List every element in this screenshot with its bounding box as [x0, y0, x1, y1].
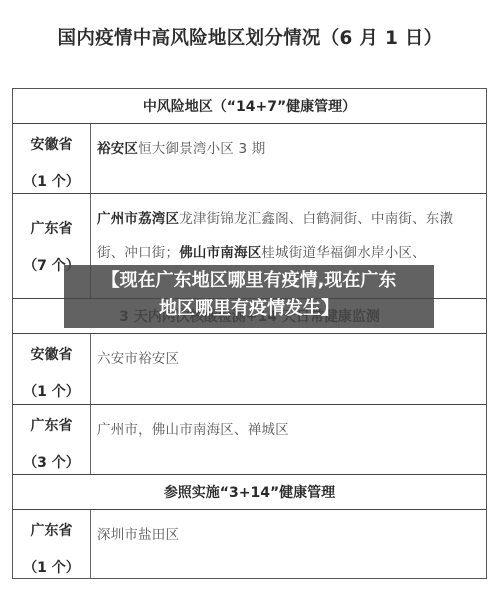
caption-overlay: 【现在广东地区哪里有疫情,现在广东 地区哪里有疫情发生】 [64, 267, 434, 323]
areas-cell: 六安市裕安区 [97, 342, 480, 376]
areas-cell: 广州市荔湾区龙津街锦龙汇鑫阁、白鹤洞街、中南街、东漖街、冲口街；佛山市南海区桂城… [97, 202, 480, 270]
risk-area-table: 中风险地区（“14+7”健康管理） 安徽省 （1 个） 裕安区恒大御景湾小区 3… [12, 88, 487, 579]
section-header-3-14: 参照实施“3+14”健康管理 [13, 475, 486, 510]
province-name: 广东省 [13, 218, 90, 238]
province-name: 安徽省 [13, 344, 90, 364]
areas-cell: 广州市，佛山市南海区、禅城区 [97, 413, 480, 447]
areas-cell: 深圳市盐田区 [97, 518, 480, 552]
province-count: （3 个） [13, 452, 90, 472]
table-row: 安徽省 （1 个） 六安市裕安区 [13, 334, 486, 405]
table-row: 安徽省 （1 个） 裕安区恒大御景湾小区 3 期 [13, 124, 486, 194]
caption-line-2: 地区哪里有疫情发生】 [64, 295, 434, 323]
province-cell: 广东省 （1 个） [13, 510, 91, 578]
province-name: 广东省 [13, 415, 90, 435]
province-count: （1 个） [13, 171, 90, 191]
section-header-medium-risk: 中风险地区（“14+7”健康管理） [13, 89, 486, 124]
province-name: 安徽省 [13, 134, 90, 154]
district-name: 佛山市南海区 [179, 245, 261, 261]
area-detail: 恒大御景湾小区 3 期 [138, 141, 265, 157]
district-name: 广州市荔湾区 [97, 211, 179, 227]
areas-cell: 裕安区恒大御景湾小区 3 期 [97, 132, 480, 166]
district-name: 裕安区 [97, 141, 138, 157]
page-title: 国内疫情中高风险地区划分情况（6 月 1 日） [0, 24, 500, 50]
province-name: 广东省 [13, 520, 90, 540]
province-count: （1 个） [13, 557, 90, 577]
province-count: （1 个） [13, 381, 90, 401]
province-cell: 安徽省 （1 个） [13, 334, 91, 404]
table-row: 广东省 （3 个） 广州市，佛山市南海区、禅城区 [13, 405, 486, 475]
area-detail: 桂城街道华福御水岸小区、 [261, 245, 425, 261]
table-row: 广东省 （1 个） 深圳市盐田区 [13, 510, 486, 578]
caption-line-1: 【现在广东地区哪里有疫情,现在广东 [64, 267, 434, 295]
province-cell: 安徽省 （1 个） [13, 124, 91, 193]
province-cell: 广东省 （3 个） [13, 405, 91, 474]
